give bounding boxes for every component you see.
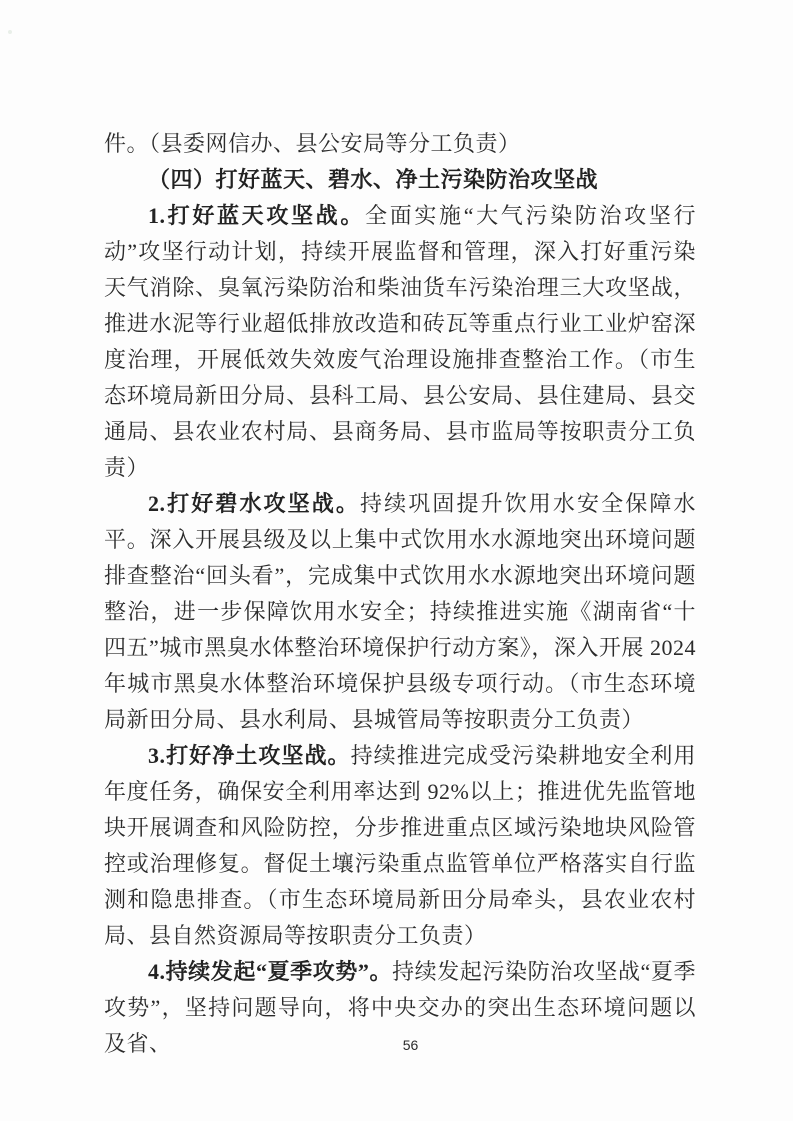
- paragraph-blue-sky: 1.打好蓝天攻坚战。全面实施“大气污染防治攻坚行动”攻坚行动计划，持续开展监督和…: [104, 198, 696, 486]
- paragraph-summer-offensive-lead: 4.持续发起“夏季攻势”。: [148, 959, 392, 984]
- paragraph-blue-sky-text: 全面实施“大气污染防治攻坚行动”攻坚行动计划，持续开展监督和管理，深入打好重污染…: [104, 203, 696, 480]
- page-number: 56: [14, 1037, 793, 1053]
- paragraph-clear-water: 2.打好碧水攻坚战。持续巩固提升饮用水安全保障水平。深入开展县级及以上集中式饮用…: [104, 486, 696, 738]
- document-body: 件。（县委网信办、县公安局等分工负责） （四）打好蓝天、碧水、净土污染防治攻坚战…: [104, 126, 696, 1062]
- paragraph-blue-sky-lead: 1.打好蓝天攻坚战。: [148, 203, 365, 228]
- document-page: 件。（县委网信办、县公安局等分工负责） （四）打好蓝天、碧水、净土污染防治攻坚战…: [0, 0, 793, 1121]
- paragraph-clean-soil: 3.打好净土攻坚战。持续推进完成受污染耕地安全利用年度任务，确保安全利用率达到 …: [104, 738, 696, 954]
- paragraph-clear-water-text: 持续巩固提升饮用水安全保障水平。深入开展县级及以上集中式饮用水水源地突出环境问题…: [104, 491, 696, 732]
- paragraph-clear-water-lead: 2.打好碧水攻坚战。: [148, 491, 360, 516]
- section-heading: （四）打好蓝天、碧水、净土污染防治攻坚战: [104, 162, 696, 198]
- continuation-line: 件。（县委网信办、县公安局等分工负责）: [104, 126, 696, 162]
- paragraph-clean-soil-text: 持续推进完成受污染耕地安全利用年度任务，确保安全利用率达到 92%以上；推进优先…: [104, 743, 696, 948]
- paragraph-clean-soil-lead: 3.打好净土攻坚战。: [148, 743, 351, 768]
